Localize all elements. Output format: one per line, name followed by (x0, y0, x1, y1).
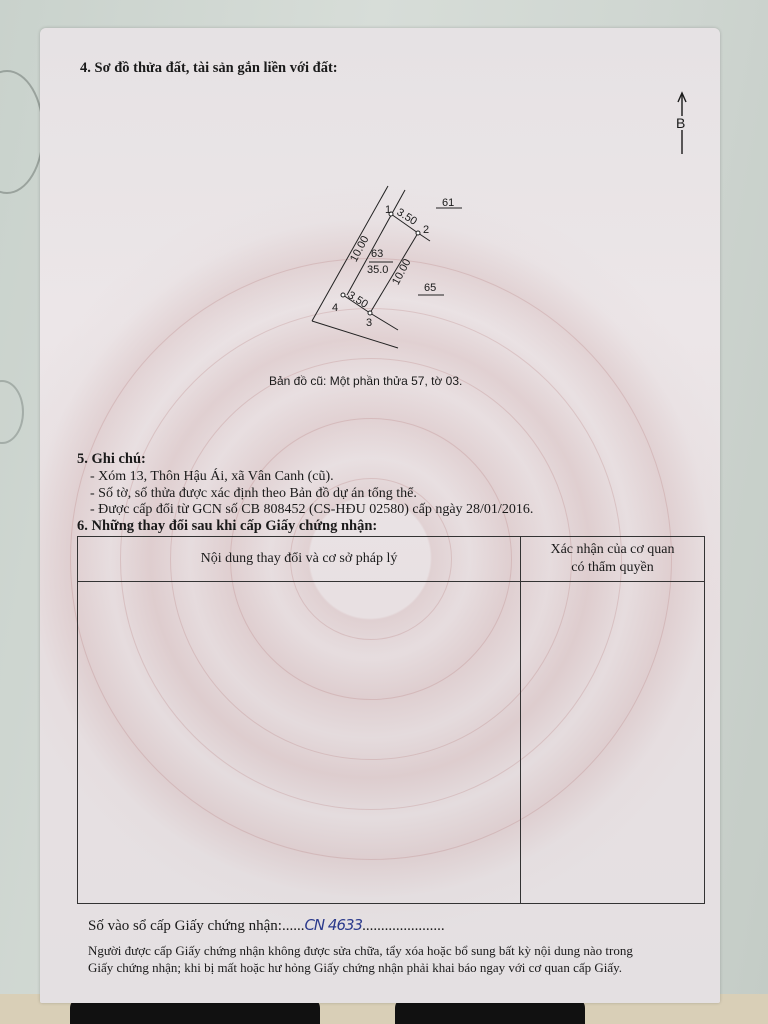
confirmation-cell (521, 582, 705, 904)
registry-line: Số vào sổ cấp Giấy chứng nhận:......CN 4… (88, 916, 445, 935)
certificate-page: 4. Sơ đồ thửa đất, tài sản gắn liền với … (40, 28, 720, 1003)
column-header-content: Nội dung thay đổi và cơ sở pháp lý (78, 537, 521, 582)
column-header-confirmation: Xác nhận của cơ quan có thẩm quyền (521, 537, 705, 582)
point-label-2: 2 (423, 224, 429, 236)
table-row (78, 582, 705, 904)
north-label: B (676, 116, 685, 130)
point-label-4: 4 (332, 302, 338, 314)
neighbor-parcel-65: 65 (424, 282, 436, 294)
marble-vein (0, 380, 24, 444)
note-item: - Số tờ, số thửa được xác định theo Bản … (90, 486, 417, 502)
neighbor-parcel-61: 61 (442, 197, 454, 209)
warning-line: Người được cấp Giấy chứng nhận không đượ… (88, 943, 633, 959)
registry-dots: ...... (282, 918, 305, 934)
registry-number-handwritten: CN 4633 (304, 916, 362, 934)
note-item: - Được cấp đổi từ GCN số CB 808452 (CS-H… (90, 502, 533, 518)
warning-line: Giấy chứng nhận; khi bị mất hoặc hư hỏng… (88, 960, 622, 976)
changes-table: Nội dung thay đổi và cơ sở pháp lý Xác n… (77, 536, 705, 904)
registry-label: Số vào sổ cấp Giấy chứng nhận: (88, 918, 282, 934)
section-5-title: 5. Ghi chú: (77, 451, 146, 468)
parcel-area: 35.0 (367, 264, 388, 276)
parcel-number: 63 (371, 248, 383, 260)
marble-vein (0, 70, 44, 194)
point-label-1: 1 (385, 204, 391, 216)
registry-dots: ...................... (362, 918, 445, 934)
old-map-note: Bản đồ cũ: Một phần thửa 57, tờ 03. (269, 374, 462, 388)
section-4-title: 4. Sơ đồ thửa đất, tài sản gắn liền với … (80, 60, 338, 77)
note-item: - Xóm 13, Thôn Hậu Ái, xã Vân Canh (cũ). (90, 469, 334, 485)
table-header-row: Nội dung thay đổi và cơ sở pháp lý Xác n… (78, 537, 705, 582)
point-label-3: 3 (366, 317, 372, 329)
change-content-cell (78, 582, 521, 904)
header-line: Xác nhận của cơ quan (527, 541, 698, 559)
header-line: có thẩm quyền (527, 559, 698, 577)
section-6-title: 6. Những thay đổi sau khi cấp Giấy chứng… (77, 518, 377, 535)
